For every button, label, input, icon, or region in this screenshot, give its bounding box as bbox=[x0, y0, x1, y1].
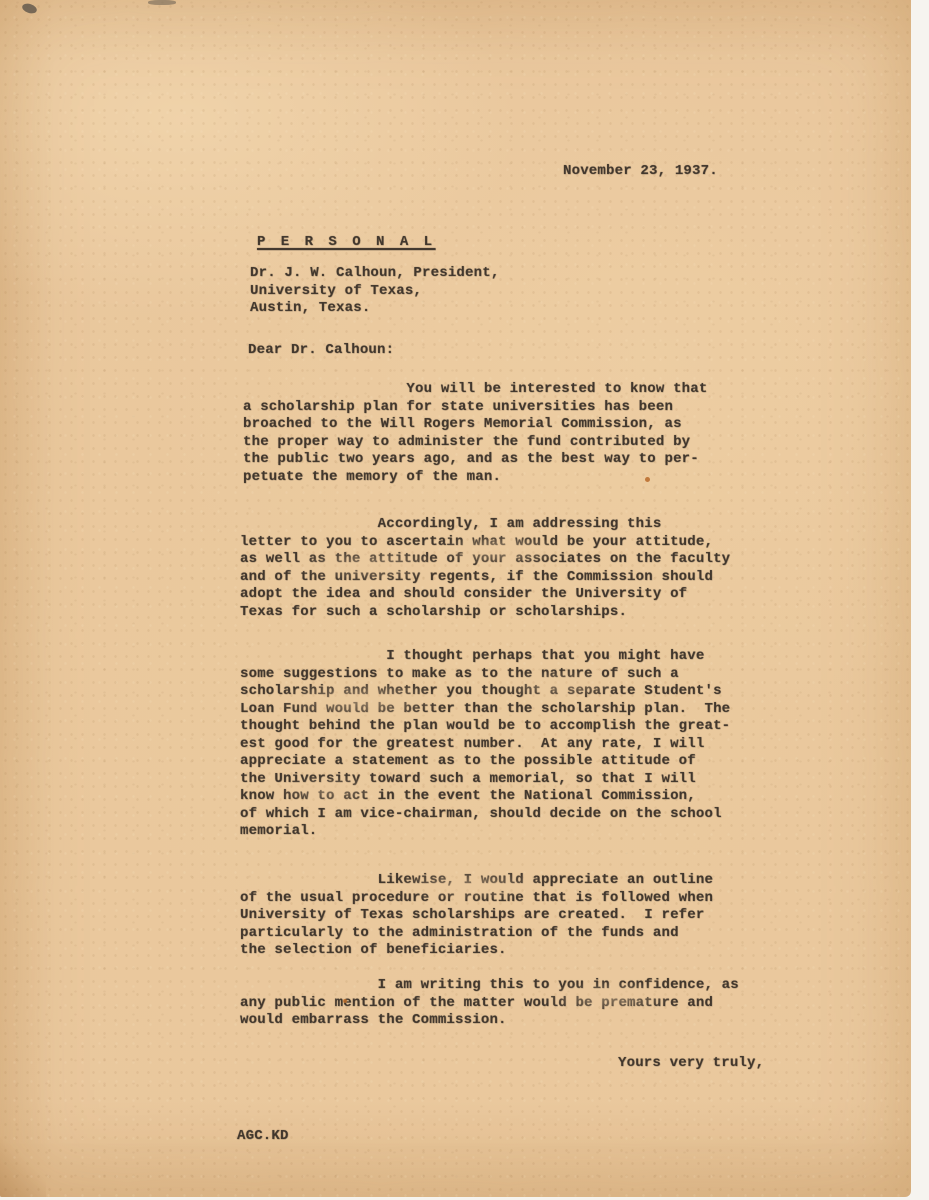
paragraph-5: I am writing this to you in confidence, … bbox=[240, 977, 739, 1030]
paragraph-3: I thought perhaps that you might have so… bbox=[240, 648, 730, 841]
paragraph-1: You will be interested to know that a sc… bbox=[243, 381, 707, 486]
complimentary-closing: Yours very truly, bbox=[618, 1055, 764, 1073]
letter-date: November 23, 1937. bbox=[563, 163, 718, 181]
paragraph-4: Likewise, I would appreciate an outline … bbox=[240, 872, 713, 960]
personal-label: P E R S O N A L bbox=[257, 234, 436, 252]
paragraph-2: Accordingly, I am addressing this letter… bbox=[240, 516, 730, 621]
reference-initials: AGC.KD bbox=[237, 1128, 289, 1146]
salutation: Dear Dr. Calhoun: bbox=[248, 342, 394, 360]
recipient-address: Dr. J. W. Calhoun, President, University… bbox=[250, 265, 499, 318]
